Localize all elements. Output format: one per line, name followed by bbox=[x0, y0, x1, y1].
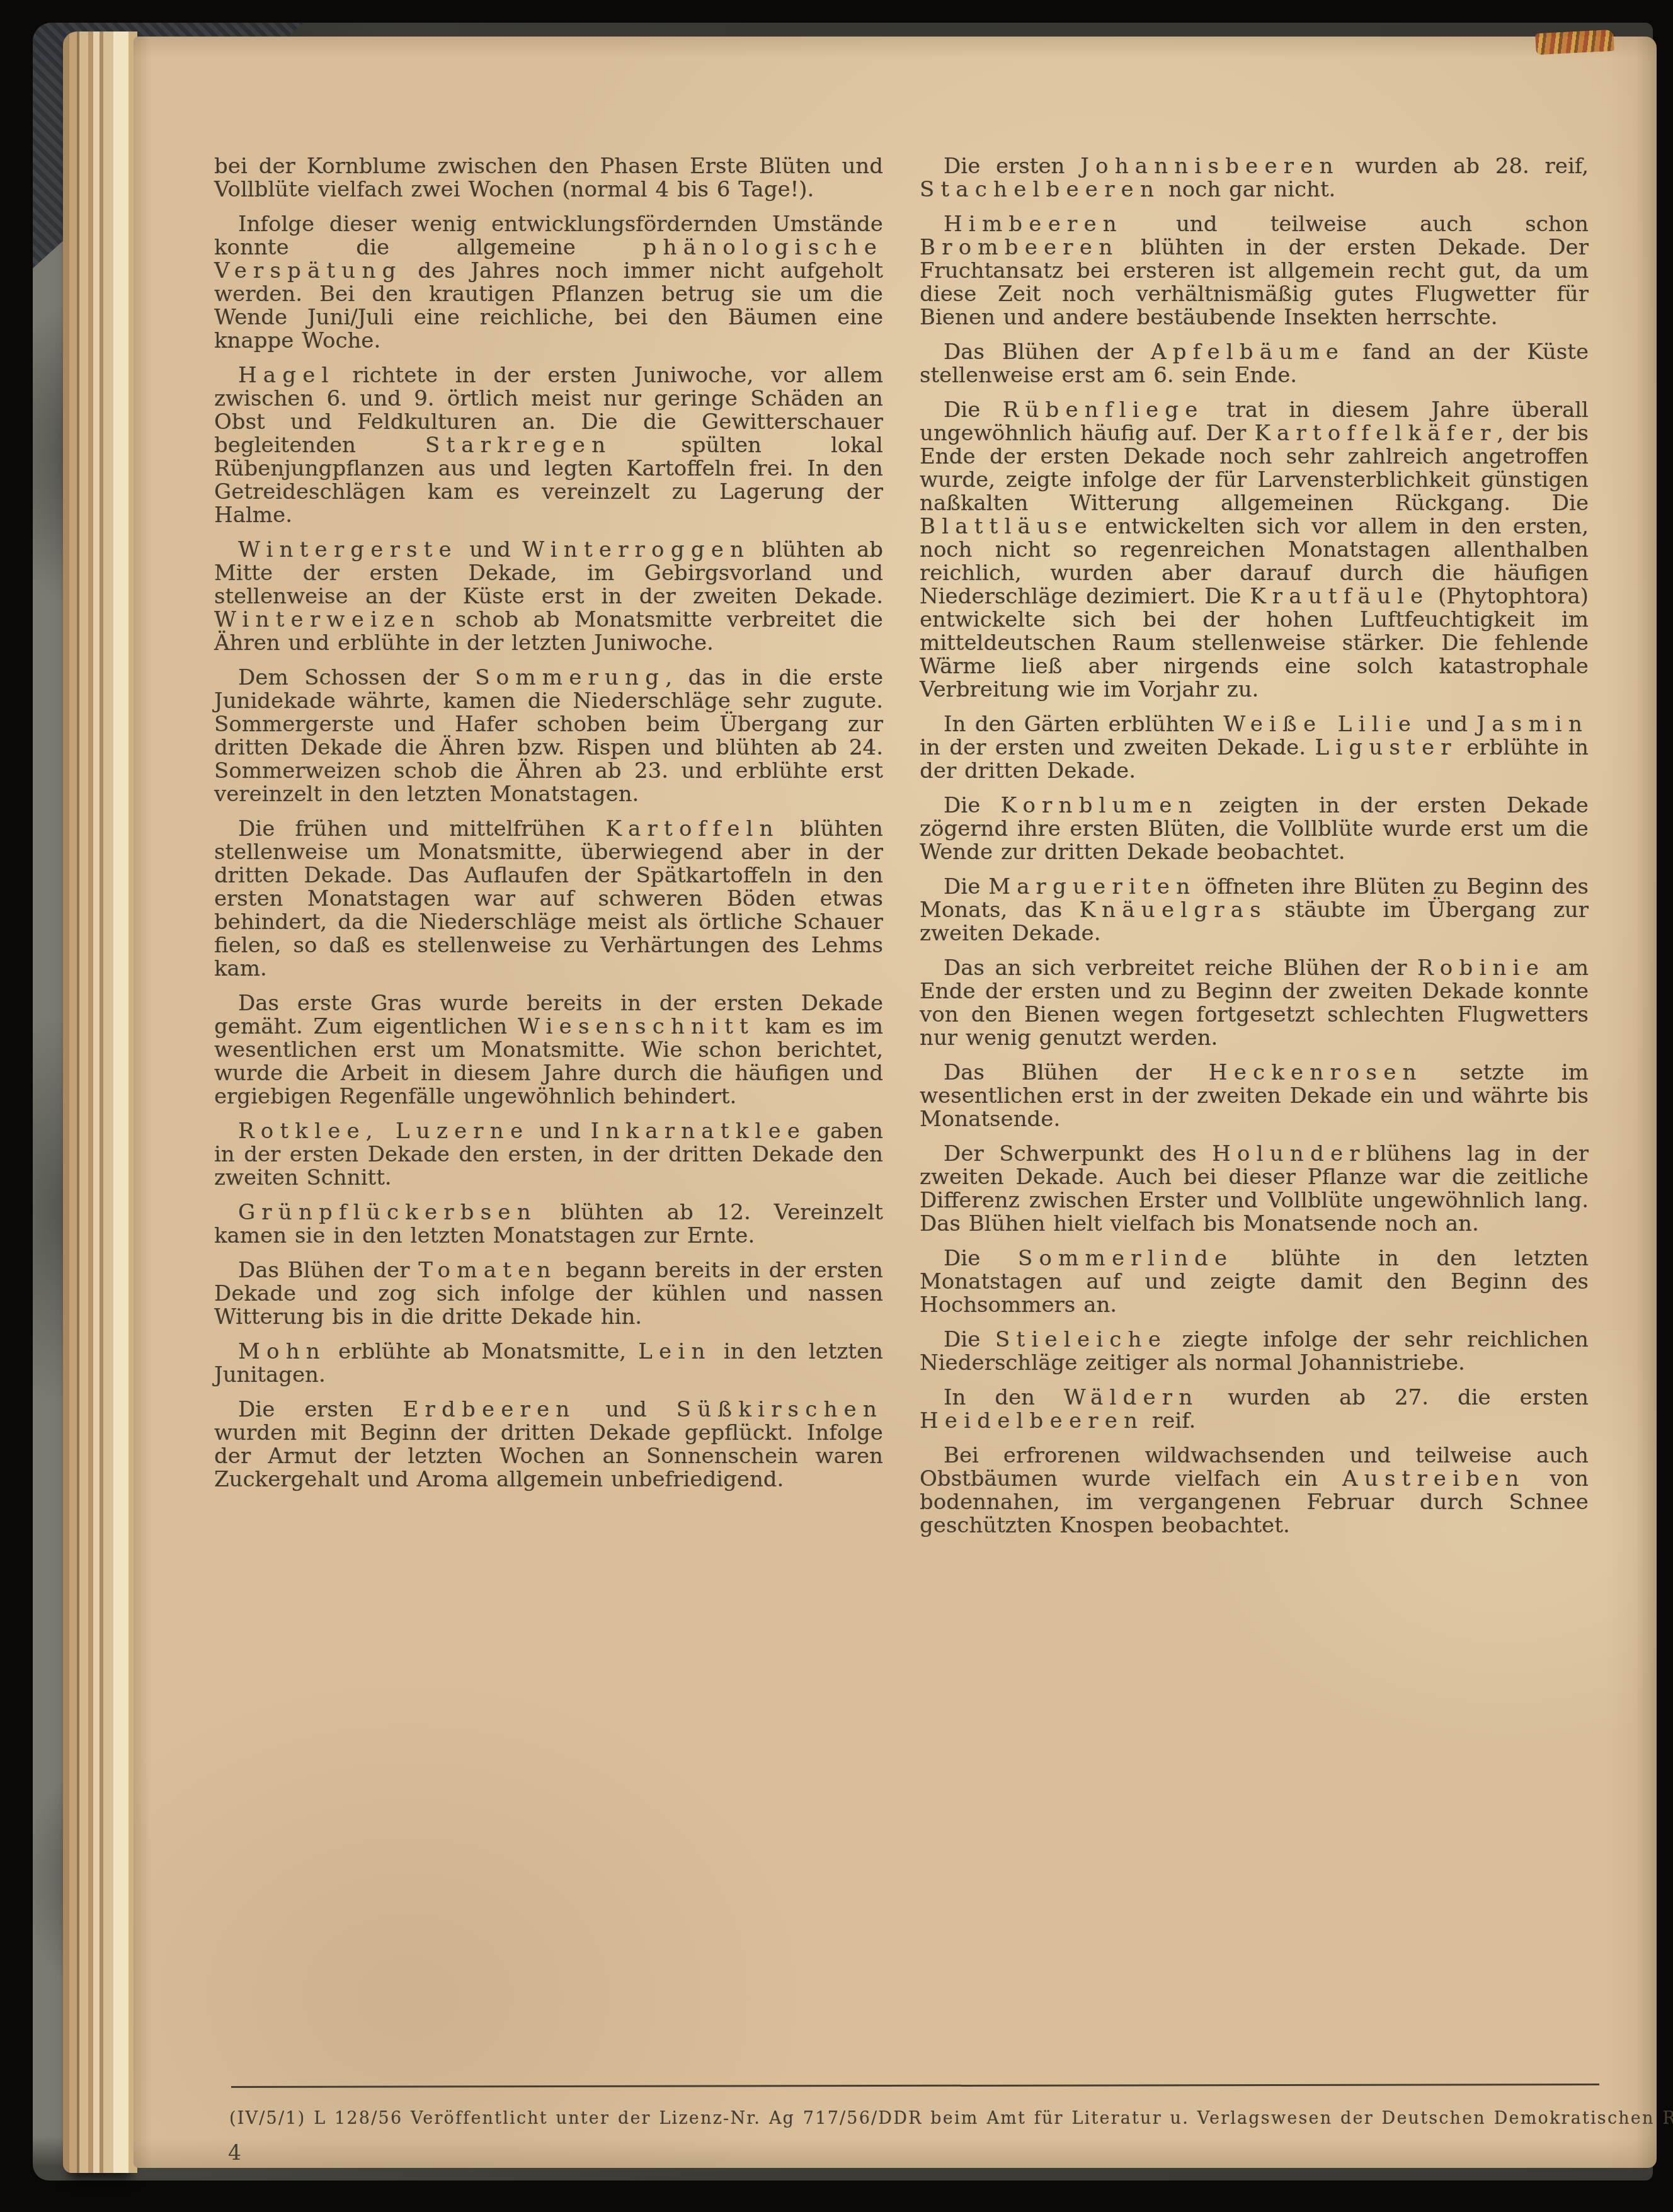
body-text: wurden mit Beginn der dritten Dekade gep… bbox=[214, 1420, 883, 1492]
emphasized-term: Liguster bbox=[1315, 735, 1457, 760]
body-text: Die ersten bbox=[238, 1397, 403, 1422]
paragraph: Hagel richtete in der ersten Juniwoche, … bbox=[214, 364, 883, 527]
body-text: und bbox=[576, 1397, 676, 1422]
emphasized-term: Stieleiche bbox=[995, 1327, 1167, 1352]
body-text: Die ersten bbox=[944, 154, 1080, 179]
body-text: Das an sich verbreitet reiche Blühen der bbox=[944, 955, 1417, 981]
body-text: noch gar nicht. bbox=[1160, 177, 1335, 202]
paragraph: Das Blühen der Heckenrosen setzte im wes… bbox=[920, 1061, 1589, 1131]
emphasized-term: Blattläuse bbox=[920, 514, 1093, 539]
paragraph: Himbeeren und teilweise auch schon Bromb… bbox=[920, 213, 1589, 329]
emphasized-term: Starkregen bbox=[425, 433, 612, 458]
body-text: und bbox=[1417, 712, 1476, 737]
paragraph: Das erste Gras wurde bereits in der erst… bbox=[214, 992, 883, 1109]
emphasized-term: Sommerung bbox=[475, 665, 665, 690]
emphasized-term: Mohn bbox=[238, 1339, 326, 1364]
text-column-right: Die ersten Johannisbeeren wurden ab 28. … bbox=[920, 155, 1589, 1549]
paragraph: Der Schwerpunkt des Holunderblühens lag … bbox=[920, 1143, 1589, 1236]
emphasized-term: Inkarnatklee bbox=[591, 1119, 806, 1144]
emphasized-term: Stachelbeeren bbox=[920, 177, 1160, 202]
emphasized-term: Winterroggen bbox=[522, 537, 750, 562]
body-text: Die bbox=[944, 1246, 1018, 1271]
emphasized-term: Rotklee, Luzerne bbox=[238, 1119, 529, 1144]
emphasized-term: Robinie bbox=[1417, 955, 1545, 981]
body-text: Die frühen und mittelfrühen bbox=[238, 816, 606, 841]
body-text: Die bbox=[944, 397, 1003, 423]
emphasized-term: Johannisbeeren bbox=[1080, 154, 1339, 179]
footer-rule bbox=[231, 2084, 1599, 2088]
emphasized-term: Kartoffelkäfer bbox=[1254, 421, 1497, 446]
paragraph: Das an sich verbreitet reiche Blühen der… bbox=[920, 957, 1589, 1050]
paragraph: Rotklee, Luzerne und Inkarnatklee gaben … bbox=[214, 1120, 883, 1190]
headband-threads bbox=[1535, 30, 1614, 55]
emphasized-term: Wintergerste bbox=[238, 537, 458, 562]
body-text: wurden ab 28. reif, bbox=[1340, 154, 1589, 179]
emphasized-term: Holunder bbox=[1212, 1141, 1366, 1166]
book-page: bei der Kornblume zwischen den Phasen Er… bbox=[134, 37, 1657, 2168]
emphasized-term: Rübenfliege bbox=[1003, 397, 1204, 423]
paragraph: In den Wäldern wurden ab 27. die ersten … bbox=[920, 1386, 1589, 1433]
scanned-book-spread: bei der Kornblume zwischen den Phasen Er… bbox=[0, 0, 1673, 2212]
text-column-left: bei der Kornblume zwischen den Phasen Er… bbox=[214, 155, 883, 1503]
paragraph: Die Stieleiche ziegte infolge der sehr r… bbox=[920, 1328, 1589, 1375]
emphasized-term: Krautfäule bbox=[1250, 584, 1429, 609]
paragraph: Die ersten Erdbeeren und Süßkirschen wur… bbox=[214, 1398, 883, 1491]
paragraph: Die Kornblumen zeigten in der ersten Dek… bbox=[920, 794, 1589, 864]
paragraph: Dem Schossen der Sommerung, das in die e… bbox=[214, 666, 883, 806]
emphasized-term: Süßkirschen bbox=[677, 1397, 883, 1422]
emphasized-term: Heckenrosen bbox=[1209, 1060, 1423, 1085]
paragraph: Die Sommerlinde blühte in den letzten Mo… bbox=[920, 1247, 1589, 1317]
body-text: Dem Schossen der bbox=[238, 665, 475, 690]
emphasized-term: Kornblumen bbox=[1001, 793, 1199, 818]
body-text: Das Blühen der bbox=[238, 1258, 418, 1283]
emphasized-term: Knäuelgras bbox=[1080, 898, 1267, 923]
paragraph: Die Margueriten öffneten ihre Blüten zu … bbox=[920, 875, 1589, 945]
body-text: reif. bbox=[1144, 1408, 1196, 1434]
fore-edge-page-stack bbox=[63, 31, 137, 2173]
body-text: Das Blühen der bbox=[944, 1060, 1209, 1085]
body-text: Der Schwerpunkt des bbox=[944, 1141, 1212, 1166]
imprint-line: (IV/5/1) L 128/56 Veröffentlicht unter d… bbox=[229, 2109, 1628, 2128]
emphasized-term: Margueriten bbox=[988, 874, 1196, 899]
body-text: Die bbox=[944, 1327, 995, 1352]
body-text: Die bbox=[944, 793, 1001, 818]
body-text: erblühte ab Monatsmitte, bbox=[326, 1339, 638, 1364]
body-text: bei der Kornblume zwischen den Phasen Er… bbox=[214, 154, 883, 202]
emphasized-term: Brombeeren bbox=[920, 235, 1119, 260]
emphasized-term: Weiße Lilie bbox=[1223, 712, 1417, 737]
paragraph: Die Rübenfliege trat in diesem Jahre übe… bbox=[920, 399, 1589, 702]
paragraph: Das Blühen der Tomaten begann bereits in… bbox=[214, 1259, 883, 1329]
emphasized-term: Jasmin bbox=[1476, 712, 1589, 737]
page-number: 4 bbox=[228, 2140, 241, 2165]
body-text: in der ersten und zweiten Dekade. bbox=[920, 735, 1315, 760]
emphasized-term: Hagel bbox=[238, 363, 335, 388]
body-text: und teilweise auch schon bbox=[1123, 212, 1589, 237]
paragraph: Grünpflückerbsen blühten ab 12. Vereinze… bbox=[214, 1201, 883, 1248]
body-text: Das Blühen der bbox=[944, 339, 1151, 365]
emphasized-term: Sommerlinde bbox=[1018, 1246, 1233, 1271]
paragraph: Die frühen und mittelfrühen Kartoffeln b… bbox=[214, 818, 883, 981]
body-text: Die bbox=[944, 874, 988, 899]
paragraph: Infolge dieser wenig entwicklungsfördern… bbox=[214, 213, 883, 353]
body-text: und bbox=[458, 537, 522, 562]
body-text: In den bbox=[944, 1385, 1064, 1410]
paragraph: Bei erfrorenen wildwachsenden und teilwe… bbox=[920, 1444, 1589, 1537]
emphasized-term: Winterweizen bbox=[214, 607, 441, 632]
emphasized-term: Lein bbox=[638, 1339, 711, 1364]
emphasized-term: Erdbeeren bbox=[403, 1397, 576, 1422]
body-text: blühten stellenweise um Monatsmitte, übe… bbox=[214, 816, 883, 981]
paragraph: In den Gärten erblühten Weiße Lilie und … bbox=[920, 713, 1589, 783]
body-text: wurden ab 27. die ersten bbox=[1199, 1385, 1589, 1410]
emphasized-term: Austreiben bbox=[1342, 1466, 1526, 1491]
emphasized-term: Kartoffeln bbox=[606, 816, 780, 841]
paragraph: Das Blühen der Apfelbäume fand an der Kü… bbox=[920, 341, 1589, 387]
paragraph: Die ersten Johannisbeeren wurden ab 28. … bbox=[920, 155, 1589, 202]
emphasized-term: Himbeeren bbox=[944, 212, 1123, 237]
paragraph: Wintergerste und Winterroggen blühten ab… bbox=[214, 539, 883, 655]
emphasized-term: Wäldern bbox=[1064, 1385, 1199, 1410]
body-text: und bbox=[529, 1119, 591, 1144]
emphasized-term: Heidelbeeren bbox=[920, 1408, 1144, 1434]
emphasized-term: Grünpflückerbsen bbox=[238, 1200, 537, 1225]
emphasized-term: Wiesenschnitt bbox=[518, 1014, 755, 1039]
paragraph: Mohn erblühte ab Monatsmitte, Lein in de… bbox=[214, 1340, 883, 1387]
body-text: In den Gärten erblühten bbox=[944, 712, 1223, 737]
emphasized-term: Tomaten bbox=[418, 1258, 557, 1283]
paragraph: bei der Kornblume zwischen den Phasen Er… bbox=[214, 155, 883, 202]
emphasized-term: Apfelbäume bbox=[1151, 339, 1345, 365]
